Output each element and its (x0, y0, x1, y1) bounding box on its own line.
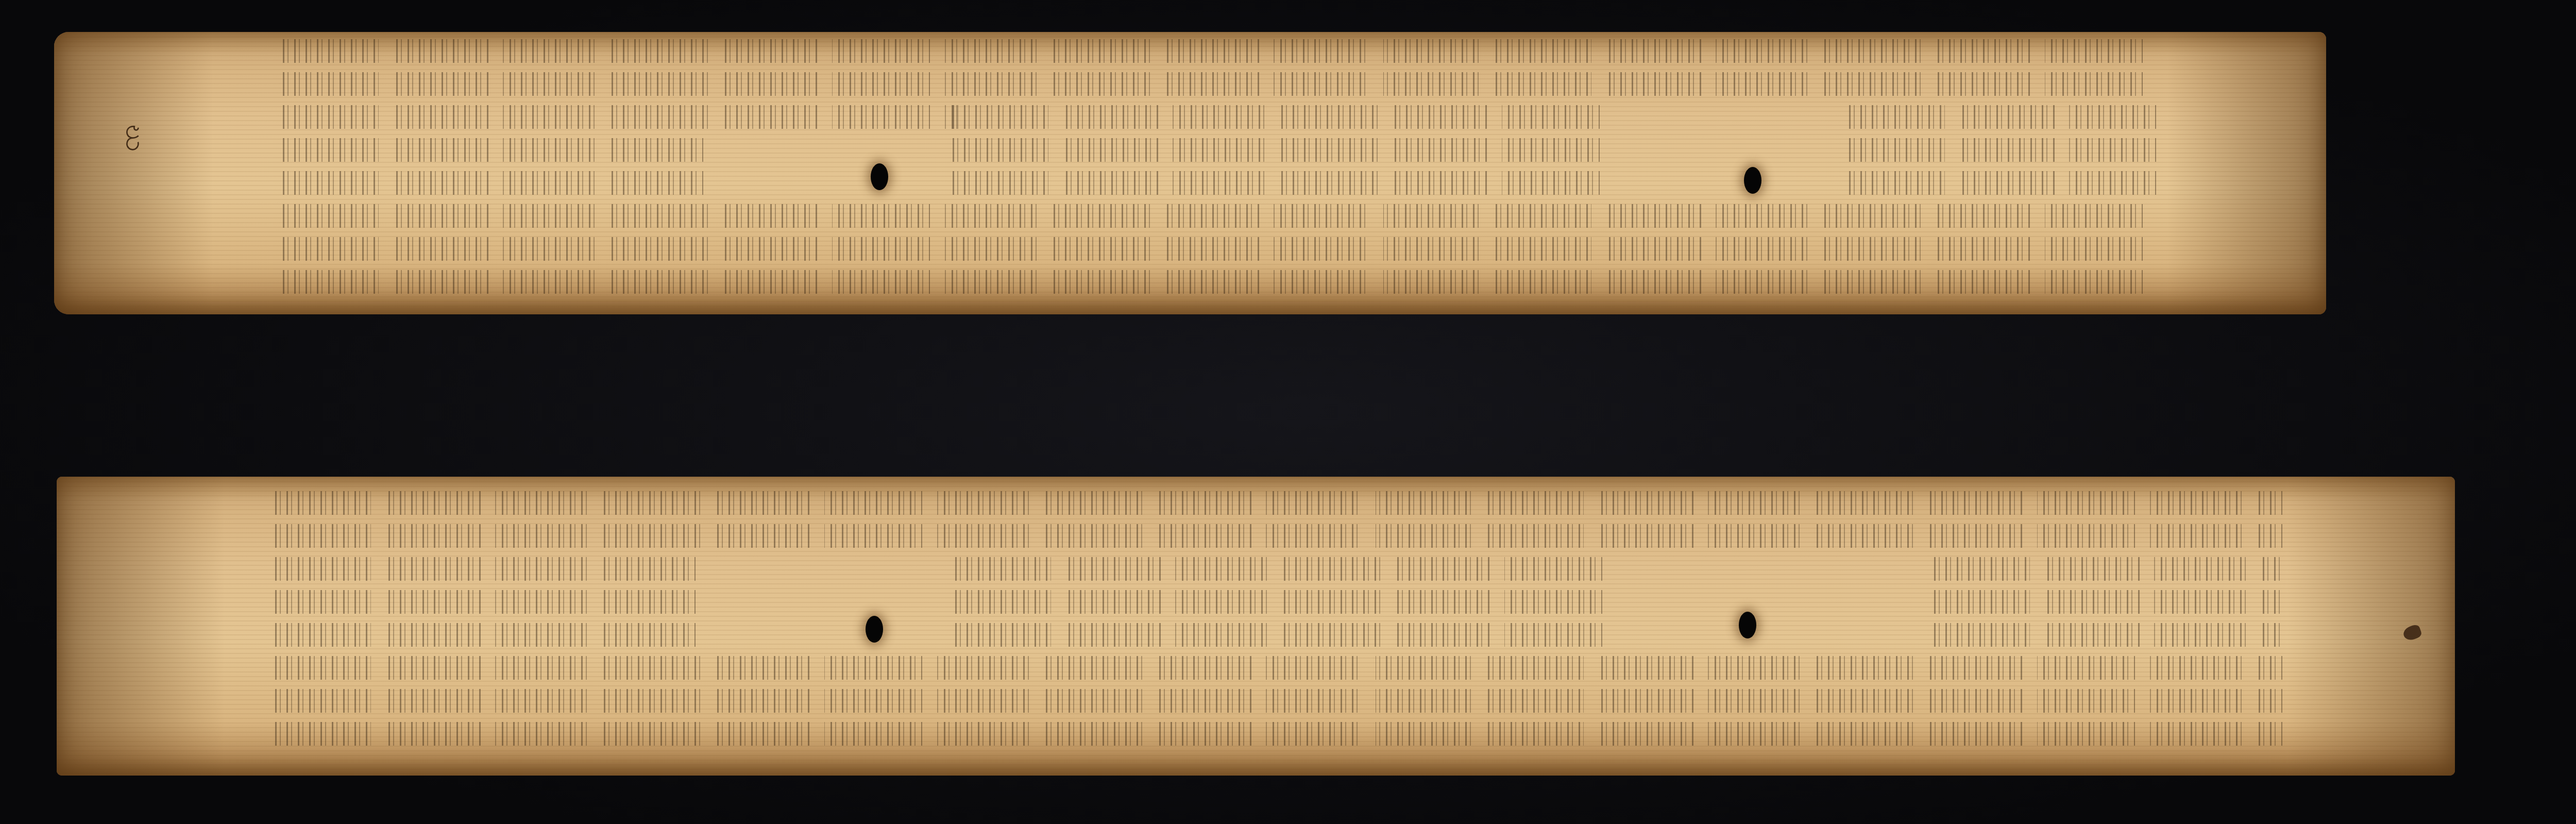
script-line (281, 138, 703, 162)
leaf-marker: ဃ (116, 125, 157, 152)
script-line (951, 138, 1600, 162)
string-hole (1739, 612, 1756, 638)
script-line (281, 72, 2156, 96)
script-line (1932, 557, 2282, 581)
palm-leaf-bottom (57, 477, 2455, 776)
script-line (273, 656, 2282, 680)
script-line (273, 623, 696, 647)
leaf-damage-spot (2402, 624, 2423, 642)
script-line (1847, 105, 2156, 129)
script-line (1932, 590, 2282, 614)
script-line (951, 171, 1600, 195)
script-line (273, 491, 2282, 515)
script-line (273, 722, 2282, 746)
script-line (281, 270, 2156, 294)
script-line (281, 237, 2156, 261)
script-line (953, 590, 1602, 614)
script-line (953, 557, 1602, 581)
string-hole (871, 163, 888, 190)
script-line (281, 105, 961, 129)
script-line (281, 204, 2156, 228)
palm-leaf-top: ဃ (54, 32, 2326, 314)
script-line (273, 590, 696, 614)
script-line (1932, 623, 2282, 647)
script-line (273, 557, 696, 581)
string-hole (866, 616, 883, 643)
script-line (273, 524, 2282, 548)
script-line (273, 689, 2282, 713)
script-line (1847, 138, 2156, 162)
script-line (953, 623, 1602, 647)
script-line (1847, 171, 2156, 195)
script-line (281, 171, 703, 195)
script-line (281, 39, 2156, 63)
string-hole (1744, 167, 1761, 194)
script-line (951, 105, 1600, 129)
